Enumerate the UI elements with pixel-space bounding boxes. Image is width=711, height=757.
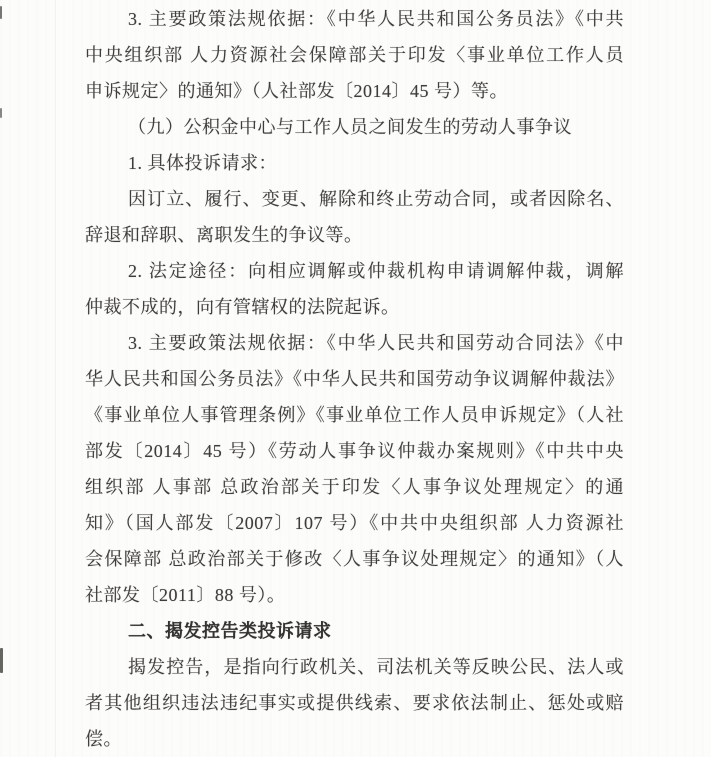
text-line: 《事业单位人事管理条例》《事业单位工作人员申诉规定》（人社 bbox=[85, 397, 624, 433]
text-line: 部发〔2014〕45 号）《劳动人事争议仲裁办案规则》《中共中央 bbox=[85, 433, 624, 469]
text-block: 3. 主要政策法规依据：《中华人民共和国公务员法》《中共中央组织部 人力资源社会… bbox=[85, 1, 624, 757]
scan-artifact-bottom bbox=[0, 648, 3, 673]
text-line: 仲裁不成的，向有管辖权的法院起诉。 bbox=[85, 289, 624, 325]
text-line: 偿。 bbox=[85, 721, 624, 757]
text-line: 揭发控告，是指向行政机关、司法机关等反映公民、法人或 bbox=[85, 649, 624, 685]
text-line: 华人民共和国公务员法》《中华人民共和国劳动争议调解仲裁法》 bbox=[85, 361, 624, 397]
text-line: 申诉规定〉的通知》（人社部发〔2014〕45 号）等。 bbox=[85, 73, 624, 109]
text-line: 3. 主要政策法规依据：《中华人民共和国劳动合同法》《中 bbox=[85, 325, 624, 361]
text-line: 社部发〔2011〕88 号）。 bbox=[85, 577, 624, 613]
text-line: 因订立、履行、变更、解除和终止劳动合同，或者因除名、 bbox=[85, 181, 624, 217]
text-line: 辞退和辞职、离职发生的争议等。 bbox=[85, 217, 624, 253]
scan-artifact-middle bbox=[0, 108, 2, 118]
scan-artifact-top bbox=[0, 6, 2, 19]
text-line: 组织部 人事部 总政治部关于印发〈人事争议处理规定〉的通 bbox=[85, 469, 624, 505]
text-line: 者其他组织违法违纪事实或提供线索、要求依法制止、惩处或赔 bbox=[85, 685, 624, 721]
text-line: 3. 主要政策法规依据：《中华人民共和国公务员法》《中共 bbox=[85, 1, 624, 37]
text-line: 知》（国人部发〔2007〕107 号）《中共中央组织部 人力资源社 bbox=[85, 505, 624, 541]
text-line: 1. 具体投诉请求： bbox=[85, 145, 624, 181]
section-heading: 二、揭发控告类投诉请求 bbox=[85, 613, 624, 649]
text-line: 会保障部 总政治部关于修改〈人事争议处理规定〉的通知》（人 bbox=[85, 541, 624, 577]
document-page: 3. 主要政策法规依据：《中华人民共和国公务员法》《中共中央组织部 人力资源社会… bbox=[0, 0, 711, 757]
text-line: 2. 法定途径：向相应调解或仲裁机构申请调解仲裁，调解 bbox=[85, 253, 624, 289]
text-line: 中央组织部 人力资源社会保障部关于印发〈事业单位工作人员 bbox=[85, 37, 624, 73]
text-line: （九）公积金中心与工作人员之间发生的劳动人事争议 bbox=[85, 109, 624, 145]
